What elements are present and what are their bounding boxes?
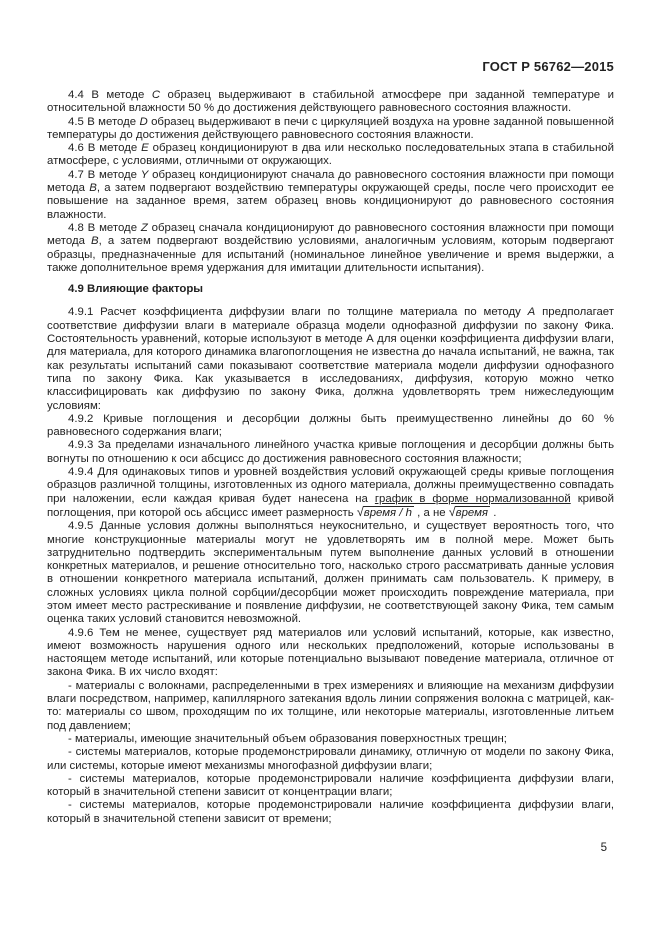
paragraph: 4.9.4 Для одинаковых типов и уровней воз… <box>47 466 614 520</box>
text-segment: 4.5 В методе <box>68 116 139 128</box>
sqrt-expression: √время / h <box>357 507 414 519</box>
text-segment: C <box>152 89 160 101</box>
text-segment: E <box>141 142 149 154</box>
paragraph: 4.9.6 Тем не менее, существует ряд матер… <box>47 627 614 680</box>
page-number: 5 <box>601 842 607 854</box>
text-segment: , а затем подвергают воздействию темпера… <box>47 182 614 221</box>
text-segment: - системы материалов, которые продемонст… <box>47 799 614 824</box>
text-segment: 4.6 В методе <box>68 142 141 154</box>
text-segment: 4.9.5 Данные условия должны выполняться … <box>47 520 614 625</box>
paragraph: - системы материалов, которые продемонст… <box>47 799 614 826</box>
text-segment: - материалы с волокнами, распределенными… <box>47 680 614 732</box>
paragraph: - материалы, имеющие значительный объем … <box>47 733 614 746</box>
paragraph: 4.9.5 Данные условия должны выполняться … <box>47 520 614 626</box>
radicand-text: время <box>455 506 490 519</box>
text-segment: - системы материалов, которые продемонст… <box>47 746 614 771</box>
text-segment: Z <box>141 222 148 234</box>
text-segment: график в форме нормализованной <box>375 493 571 505</box>
text-segment: B <box>91 235 99 247</box>
text-segment: 4.8 В методе <box>68 222 141 234</box>
text-segment: 4.7 В методе <box>68 169 141 181</box>
text-segment: - материалы, имеющие значительный объем … <box>68 733 507 745</box>
paragraph: - системы материалов, которые продемонст… <box>47 773 614 800</box>
radicand-text: время / h <box>363 506 414 519</box>
text-segment: D <box>139 116 147 128</box>
text-segment: 4.9.2 Кривые поглощения и десорбции долж… <box>47 413 614 438</box>
paragraph: - системы материалов, которые продемонст… <box>47 746 614 773</box>
paragraph: 4.9.1 Расчет коэффициента диффузии влаги… <box>47 306 614 412</box>
section-heading: 4.9 Влияющие факторы <box>47 283 614 296</box>
document-body: 4.4 В методе C образец выдерживают в ста… <box>47 89 614 826</box>
document-header: ГОСТ Р 56762—2015 <box>47 60 614 74</box>
paragraph: 4.8 В методе Z образец сначала кондицион… <box>47 222 614 275</box>
paragraph: 4.6 В методе E образец кондиционируют в … <box>47 142 614 169</box>
paragraph: 4.9.2 Кривые поглощения и десорбции долж… <box>47 413 614 440</box>
text-segment: 4.4 В методе <box>68 89 152 101</box>
text-segment: 4.9.6 Тем не менее, существует ряд матер… <box>47 627 614 679</box>
text-segment: , а не <box>414 507 449 519</box>
paragraph: 4.5 В методе D образец выдерживают в печ… <box>47 116 614 143</box>
paragraph: 4.9.3 За пределами изначального линейног… <box>47 439 614 466</box>
text-segment: 4.9.1 Расчет коэффициента диффузии влаги… <box>68 306 528 318</box>
sqrt-expression: √время <box>449 507 490 519</box>
text-segment: , а затем подвергают воздействию условия… <box>47 235 614 274</box>
text-segment: - системы материалов, которые продемонст… <box>47 773 614 798</box>
paragraph: - материалы с волокнами, распределенными… <box>47 680 614 733</box>
text-segment: B <box>89 182 97 194</box>
text-segment: 4.9.3 За пределами изначального линейног… <box>47 439 614 464</box>
paragraph: 4.4 В методе C образец выдерживают в ста… <box>47 89 614 116</box>
text-segment: 4.9 Влияющие факторы <box>68 283 203 295</box>
text-segment: предполагает соответствие диффузии влаги… <box>47 306 614 411</box>
paragraph: 4.7 В методе Y образец кондиционируют сн… <box>47 169 614 222</box>
document-page: ГОСТ Р 56762—2015 4.4 В методе C образец… <box>0 0 661 935</box>
text-segment: . <box>490 507 496 519</box>
